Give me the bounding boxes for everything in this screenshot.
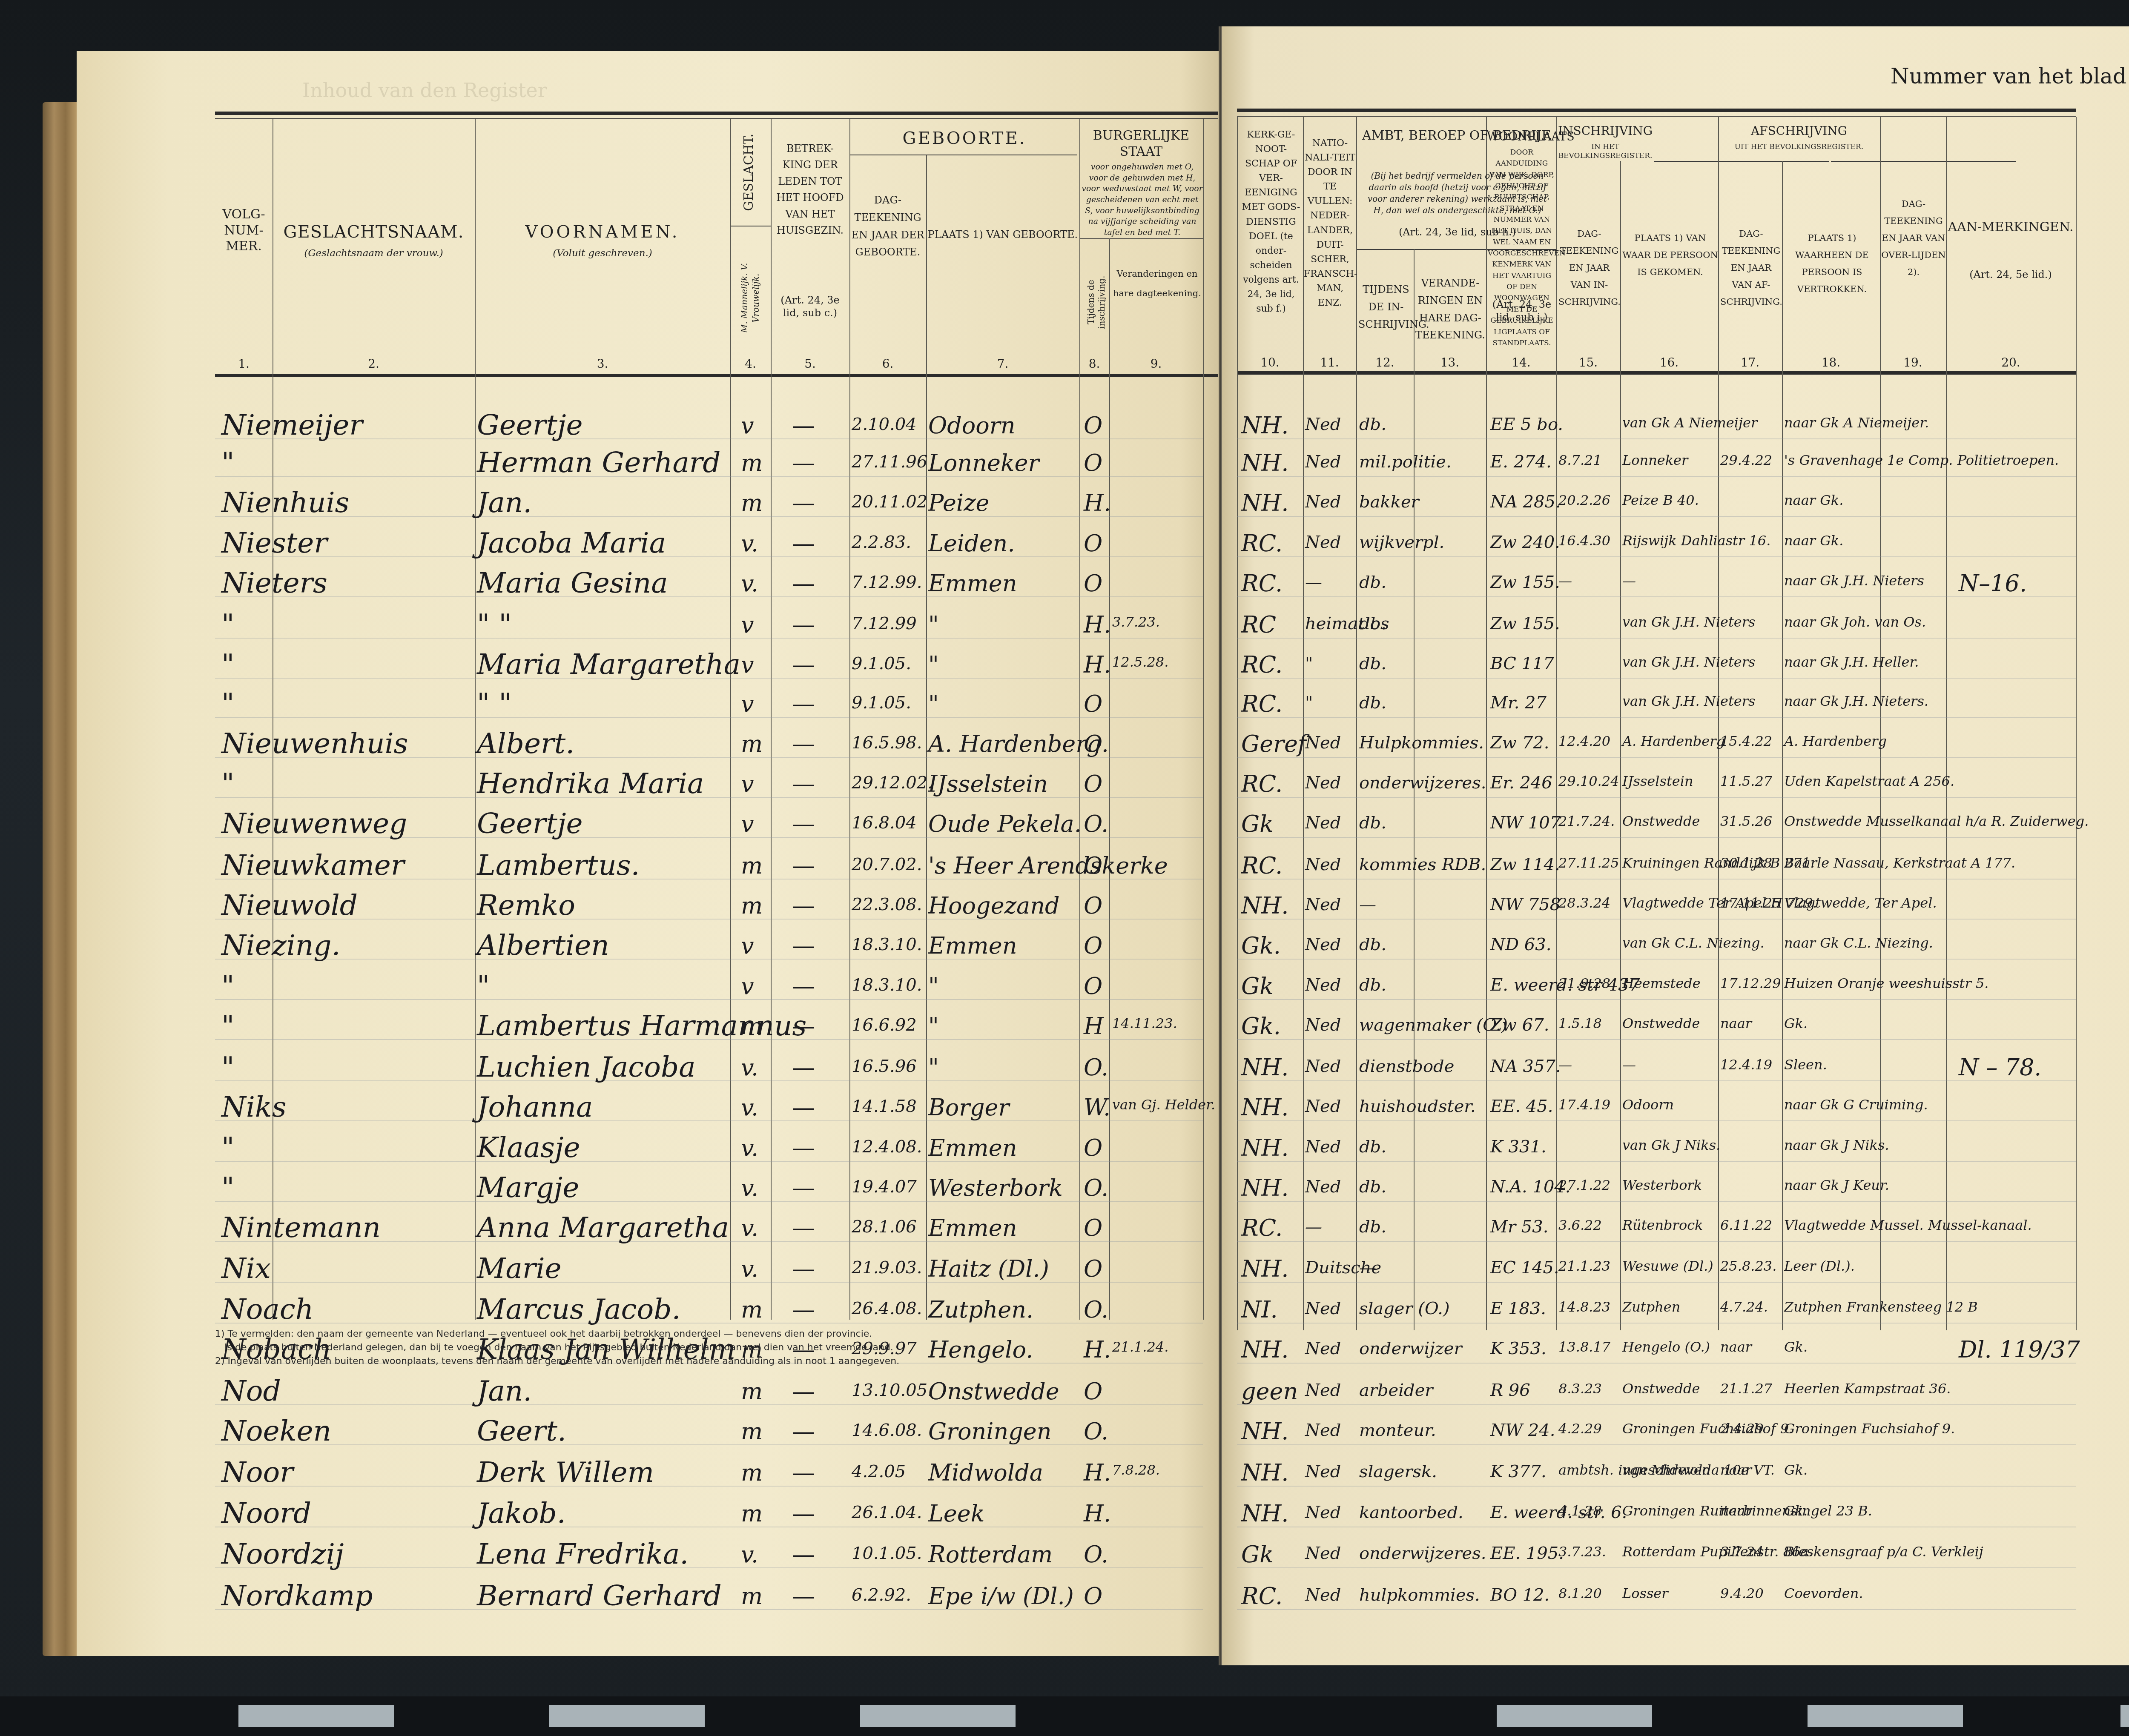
cell-sex: v [741, 651, 754, 678]
cell-nat: Ned [1305, 855, 1341, 874]
header-afschrijving: AFSCHRIJVING [1718, 123, 1880, 138]
cell-rel: — [792, 1134, 815, 1161]
header-tijdens-inschrijving: Tijdens de inschrijving. [1086, 255, 1107, 349]
cell-from: Heemstede [1622, 975, 1701, 991]
cell-sex: v [741, 611, 754, 638]
cell-nat: " [1305, 693, 1313, 713]
cell-address: Zw 72. [1490, 733, 1549, 753]
colnum-20: 20. [1946, 355, 2076, 370]
header-kerkgenootschap: KERK-GE-NOOT-SCHAP OF VER-EENIGING MET G… [1239, 128, 1303, 316]
cell-address: BC 117 [1490, 654, 1554, 673]
cell-pob: Onstwedde [928, 1378, 1059, 1405]
cell-civ-change: 3.7.23. [1112, 614, 1160, 630]
ruler-segment [238, 1705, 394, 1727]
row-rule [1237, 959, 2076, 960]
ruler-segment [549, 1705, 705, 1727]
cell-remarks: N – 78. [1959, 1054, 2041, 1081]
row-rule [1237, 1609, 2076, 1610]
cell-rel: — [792, 690, 815, 717]
cell-surname: Nienhuis [221, 486, 349, 519]
cell-rel: — [792, 771, 815, 797]
row-rule [1237, 516, 2076, 517]
cell-rel: — [792, 412, 815, 439]
cell-in-date: 12.4.20 [1558, 733, 1610, 749]
cell-church: RC. [1241, 1583, 1283, 1610]
cell-surname: Niester [221, 527, 327, 559]
cell-out-date: 17.11.25 [1720, 895, 1781, 911]
cell-to: 's Gravenhage 1e Comp. Politietroepen. [1784, 452, 2059, 468]
cell-pob: Emmen [928, 1134, 1017, 1161]
header-veranderingen-dagteekening: VERANDE-RINGEN EN HARE DAG-TEEKENING. [1415, 275, 1486, 344]
cell-civ-change: 14.11.23. [1112, 1015, 1177, 1031]
cell-church: NH. [1241, 412, 1289, 439]
cell-address: NW 107 [1490, 813, 1561, 833]
cell-nat: Ned [1305, 1462, 1341, 1481]
cell-nat: Ned [1305, 1544, 1341, 1563]
cell-from: Odoorn [1622, 1097, 1674, 1113]
cell-dob: 26.1.04. [852, 1503, 922, 1522]
cell-given: Herman Gerhard [477, 446, 721, 479]
cell-surname: Noordzij [221, 1538, 344, 1570]
cell-address: Zw 155. [1490, 573, 1560, 592]
cell-given: Albert. [477, 727, 574, 760]
cell-pob: Haitz (Dl.) [928, 1255, 1049, 1282]
cell-rel: — [792, 932, 815, 959]
colnum-15: 15. [1556, 355, 1620, 370]
row-rule [215, 596, 1203, 597]
cell-sex: v [741, 973, 754, 1000]
cell-nat: Ned [1305, 1097, 1341, 1116]
cell-pob: Leiden. [928, 530, 1015, 557]
cell-dob: 20.11.02 [852, 492, 927, 512]
cell-from: van Gk A Niemeijer [1622, 415, 1757, 431]
cell-civ: H. [1084, 651, 1111, 678]
cell-given: Geertje [477, 807, 582, 840]
col-line-18 [1782, 161, 1783, 1330]
cell-occ: Hulpkommies. [1359, 733, 1484, 753]
cell-remarks: N–16. [1959, 570, 2027, 597]
cell-address: R 96 [1490, 1381, 1530, 1400]
cell-civ: H. [1084, 490, 1111, 516]
cell-civ: O [1084, 771, 1102, 797]
ruler-segment [1497, 1705, 1652, 1727]
cell-to: naar Gk Joh. van Os. [1784, 614, 1926, 630]
row-rule [215, 438, 1203, 439]
cell-given: Marcus Jacob. [477, 1293, 681, 1326]
cell-given: " " [477, 608, 512, 641]
row-rule [1237, 1323, 2076, 1323]
colnum-9: 9. [1109, 357, 1203, 371]
row-rule [215, 797, 1203, 798]
cell-given: Geert. [477, 1415, 566, 1447]
cell-from: Onstwedde [1622, 1015, 1700, 1031]
cell-pob: " [928, 1054, 939, 1081]
cell-from: Onstwedde [1622, 1381, 1700, 1397]
cell-surname: " [221, 767, 234, 800]
cell-in-date: 17.4.19 [1558, 1097, 1610, 1113]
cell-pob: Zutphen. [928, 1296, 1033, 1323]
cell-nat: Ned [1305, 733, 1341, 753]
row-rule [1237, 1120, 2076, 1121]
colnum-19: 19. [1880, 355, 1946, 370]
col-line-9 [1109, 238, 1110, 1320]
cell-out-date: 3.7.24. [1720, 1544, 1768, 1560]
cell-nat: Ned [1305, 452, 1341, 472]
cell-civ-change: van Gj. Helder. [1112, 1097, 1215, 1113]
col-line-2 [273, 119, 273, 1320]
cell-church: NH. [1241, 1094, 1289, 1121]
cell-civ: O [1084, 852, 1102, 879]
row-rule [1237, 1039, 2076, 1040]
cell-pob: Groningen [928, 1418, 1052, 1445]
cell-church: NI. [1241, 1296, 1278, 1323]
row-rule [1237, 638, 2076, 639]
cell-to: A. Hardenberg [1784, 733, 1887, 749]
cell-nat: Ned [1305, 1299, 1341, 1318]
cell-address: Zw 240. [1490, 533, 1560, 552]
cell-sex: m [741, 490, 763, 516]
cell-dob: 7.12.99 [852, 614, 917, 633]
cell-to: Gk. [1784, 1503, 1808, 1519]
row-rule [215, 1323, 1203, 1323]
cell-civ: O [1084, 570, 1102, 597]
cell-from: — [1622, 1057, 1636, 1073]
col-line-16 [1620, 161, 1621, 1330]
cell-nat: Ned [1305, 1421, 1341, 1440]
cell-nat: Ned [1305, 1057, 1341, 1076]
cell-nat: Ned [1305, 975, 1341, 995]
cell-sex: v. [741, 1094, 758, 1121]
cell-occ: mil.politie. [1359, 452, 1452, 472]
cell-surname: Noor [221, 1456, 293, 1489]
cell-dob: 2.2.83. [852, 533, 911, 552]
cell-rel: — [792, 1175, 815, 1201]
sheet-number-label: Nummer van het blad [1891, 64, 2126, 89]
cell-from: van Gk J.H. Nieters [1622, 614, 1756, 630]
cell-surname: Noach [221, 1293, 313, 1326]
geslacht-subrule [730, 226, 771, 226]
cell-from: Wesuwe (Dl.) [1622, 1258, 1713, 1274]
header-plaats-geboorte: PLAATS 1) VAN GEBOORTE. [926, 226, 1079, 244]
cell-to: Bleskensgraaf p/a C. Verkleij [1784, 1544, 1983, 1560]
cell-church: Gk [1241, 811, 1274, 837]
cell-nat: Ned [1305, 1503, 1341, 1522]
cell-given: " [477, 969, 490, 1002]
cell-church: RC. [1241, 1215, 1283, 1241]
cell-civ: H [1084, 1013, 1104, 1040]
header-afschrijving-sub: UIT HET BEVOLKINGSREGISTER. [1718, 143, 1880, 152]
cell-address: EC 145. [1490, 1258, 1559, 1278]
cell-occ: — [1359, 895, 1376, 914]
cell-sex: m [741, 1583, 763, 1610]
cell-surname: " [221, 687, 234, 720]
colnum-17: 17. [1718, 355, 1782, 370]
colnum-12: 12. [1356, 355, 1414, 370]
cell-occ: db. [1359, 654, 1386, 673]
cell-to: Gk. [1784, 1015, 1808, 1031]
cell-occ: onderwijzeres. [1359, 773, 1486, 793]
cell-to: Uden Kapelstraat A 256. [1784, 773, 1954, 789]
cell-nat: Ned [1305, 1585, 1341, 1605]
cell-civ: H. [1084, 1336, 1111, 1363]
cell-to: Leer (Dl.). [1784, 1258, 1855, 1274]
header-overlijden: DAG-TEEKENING EN JAAR VAN OVER-LIJDEN 2)… [1881, 196, 1946, 281]
cell-dob: 7.12.99. [852, 573, 922, 592]
cell-occ: monteur. [1359, 1421, 1436, 1440]
cell-in-date: 3.6.22 [1558, 1217, 1602, 1233]
row-rule [215, 1161, 1203, 1162]
cell-in-date: 8.1.20 [1558, 1585, 1602, 1601]
header-plaats-van-waar: PLAATS 1) VAN WAAR DE PERSOON IS GEKOMEN… [1622, 230, 1718, 281]
col-line-6 [849, 119, 850, 1320]
cell-civ: O. [1084, 1296, 1108, 1323]
cell-address: Zw 67. [1490, 1015, 1549, 1035]
cell-surname: " [221, 969, 234, 1002]
cell-church: NH. [1241, 1134, 1289, 1161]
cell-dob: 6.2.92. [852, 1585, 911, 1605]
header-bottom-rule-left [215, 374, 1218, 377]
cell-surname: Nieuwenweg [221, 807, 407, 840]
cell-address: NA 285. [1490, 492, 1561, 512]
cell-occ: bakker [1359, 492, 1419, 512]
cell-civ: O [1084, 1378, 1102, 1405]
cell-civ: O [1084, 690, 1102, 717]
cell-given: Remko [477, 889, 575, 922]
cell-pob: Hoogezand [928, 892, 1060, 919]
cell-sex: v. [741, 1215, 758, 1241]
cell-civ: W. [1084, 1094, 1110, 1121]
row-rule [1237, 1201, 2076, 1202]
cell-dob: 27.11.96 [852, 452, 927, 472]
cell-church: NH. [1241, 1255, 1289, 1282]
cell-to: Zutphen Frankensteeg 12 B [1784, 1299, 1978, 1315]
cell-pob: Leek [928, 1500, 985, 1527]
cell-in-date: 27.1.22 [1558, 1177, 1610, 1193]
cell-rel: — [792, 1459, 815, 1486]
cell-surname: Nordkamp [221, 1579, 373, 1612]
cell-dob: 29.12.02. [852, 773, 933, 793]
colnum-18: 18. [1782, 355, 1880, 370]
cell-to: naar Gk. [1784, 533, 1843, 549]
cell-to: Groningen Fuchsiahof 9. [1784, 1421, 1955, 1437]
cell-to: Gk. [1784, 1462, 1808, 1478]
cell-pob: " [928, 651, 939, 678]
cell-from: Rijswijk Dahliastr 16. [1622, 533, 1770, 549]
cell-address: Er. 246 [1490, 773, 1552, 793]
cell-pob: Odoorn [928, 412, 1015, 439]
cell-sex: v. [741, 1134, 758, 1161]
cell-from: Lonneker [1622, 452, 1688, 468]
cell-to: Gk. [1784, 1339, 1808, 1355]
cell-given: Maria Margaretha [477, 648, 740, 681]
cell-rel: — [792, 1500, 815, 1527]
cell-church: NH. [1241, 892, 1289, 919]
cell-out-date: 12.4.19 [1720, 1057, 1772, 1073]
cell-rel: — [792, 1296, 815, 1323]
row-rule [1237, 596, 2076, 597]
cell-from: Groningen Fuchsiahof 9. [1622, 1421, 1793, 1437]
footnote-2: 2) Ingeval van overlijden buiten de woon… [215, 1355, 947, 1368]
row-rule [1237, 879, 2076, 879]
row-rule [1237, 1080, 2076, 1081]
cell-church: RC. [1241, 771, 1283, 797]
cell-rel: — [792, 1215, 815, 1241]
row-rule [1237, 837, 2076, 838]
cell-given: Lena Fredrika. [477, 1538, 689, 1570]
cell-to: naar Gk G Cruiming. [1784, 1097, 1928, 1113]
cell-dob: 22.3.08. [852, 895, 922, 914]
cell-civ: O [1084, 1255, 1102, 1282]
row-rule [1237, 1161, 2076, 1162]
cell-given: Geertje [477, 409, 582, 441]
cell-church: NH. [1241, 1175, 1289, 1201]
cell-from: van Gk J Niks. [1622, 1137, 1720, 1153]
cell-pob: Westerbork [928, 1175, 1063, 1201]
row-rule [215, 999, 1203, 1000]
cell-pob: IJsselstein [928, 771, 1048, 797]
cell-pob: Rotterdam [928, 1541, 1053, 1568]
header-geslacht-sub: M. Mannelijk. V. Vrouwelijk. [739, 238, 762, 358]
cell-occ: db. [1359, 975, 1386, 995]
cell-in-date: 8.3.23 [1558, 1381, 1602, 1397]
cell-rel: — [792, 1583, 815, 1610]
cell-out-date: naar [1720, 1503, 1752, 1519]
header-geslachtsnaam: GESLACHTSNAAM. [273, 221, 475, 243]
cell-dob: 16.5.98. [852, 733, 922, 753]
cell-in-date: 21.9.28 [1558, 975, 1610, 991]
row-rule [215, 1444, 1203, 1445]
col-line-12 [1356, 117, 1357, 1330]
cell-given: Klaasje [477, 1131, 580, 1164]
cell-occ: — [1359, 1258, 1376, 1278]
afschrijving-subrule [1831, 161, 2016, 162]
header-geslacht: GESLACHT. [741, 128, 757, 217]
burgerlijke-staat-subrule [1079, 238, 1203, 239]
cell-nat: Ned [1305, 1339, 1341, 1358]
cell-from: van Gk C.L. Niezing. [1622, 935, 1765, 951]
cell-address: Zw 114. [1490, 855, 1560, 874]
header-veranderingen: Veranderingen en hare dagteekening. [1111, 264, 1203, 303]
cell-in-date: 27.11.25 [1558, 855, 1619, 871]
cell-civ: O. [1084, 1541, 1108, 1568]
cell-surname: Nieuwenhuis [221, 727, 408, 760]
cell-surname: " [221, 1051, 234, 1083]
header-aanmerkingen: AAN-MERKINGEN. [1947, 217, 2074, 238]
cell-sex: m [741, 1459, 763, 1486]
cell-occ: kantoorbed. [1359, 1503, 1463, 1522]
row-rule [215, 516, 1203, 517]
cell-in-date: 13.8.17 [1558, 1339, 1610, 1355]
cell-sex: m [741, 1500, 763, 1527]
cell-sex: m [741, 730, 763, 757]
cell-dob: 16.6.92 [852, 1015, 917, 1035]
header-top-thin-right [1237, 116, 2076, 117]
colnum-5: 5. [771, 357, 849, 371]
cell-nat: Ned [1305, 533, 1341, 552]
book-spine [1219, 26, 1222, 1665]
cell-to: naar Gk. [1784, 492, 1843, 508]
cell-pob: Emmen [928, 1215, 1017, 1241]
left-page-stack [43, 102, 81, 1656]
cell-church: NH. [1241, 1054, 1289, 1081]
cell-from: Rütenbrock [1622, 1217, 1703, 1233]
cell-occ: kommies RDB. [1359, 855, 1486, 874]
row-rule [1237, 1282, 2076, 1283]
footnote-1-cont: Is de plaats buiten Nederland gelegen, d… [215, 1341, 947, 1355]
cell-surname: Niks [221, 1091, 287, 1123]
cell-surname: " [221, 446, 234, 479]
col-line-5 [771, 119, 772, 1320]
cell-surname: Niezing. [221, 929, 341, 962]
cell-civ: O [1084, 1134, 1102, 1161]
header-betrekking-sub: (Art. 24, 3e lid, sub c.) [773, 294, 847, 319]
geboorte-subrule [849, 155, 1077, 155]
cell-from: — [1622, 573, 1636, 589]
cell-out-date: naar [1720, 1339, 1752, 1355]
cell-civ: O [1084, 932, 1102, 959]
cell-to: naar Gk J Niks. [1784, 1137, 1889, 1153]
cell-out-date: 15.4.22 [1720, 733, 1772, 749]
colnum-4: 4. [730, 357, 771, 371]
cell-church: Gk [1241, 1541, 1274, 1568]
cell-rel: — [792, 570, 815, 597]
cell-to: Huizen Oranje weeshuisstr 5. [1784, 975, 1988, 991]
cell-pob: Lonneker [928, 450, 1039, 476]
row-rule [1237, 438, 2076, 439]
cell-given: Marie [477, 1252, 562, 1285]
cell-nat: Ned [1305, 415, 1341, 434]
cell-sex: v [741, 690, 754, 717]
cell-sex: m [741, 1418, 763, 1445]
cell-out-date: 29.4.22 [1720, 452, 1772, 468]
inschrijving-subrule [1654, 161, 1829, 162]
cell-sex: v. [741, 1175, 758, 1201]
row-rule [215, 638, 1203, 639]
cell-surname: Noeken [221, 1415, 331, 1447]
cell-in-date: — [1558, 1057, 1572, 1073]
row-rule [1237, 1363, 2076, 1364]
cell-surname: Niemeijer [221, 409, 363, 441]
row-rule [215, 1486, 1203, 1487]
header-woonplaats-art: (Art. 24, 3e lid, sub i.) [1488, 298, 1556, 324]
cell-address: EE. 45. [1490, 1097, 1553, 1116]
cell-from: Losser [1622, 1585, 1668, 1601]
row-rule [1237, 1404, 2076, 1405]
cell-civ: H. [1084, 1500, 1111, 1527]
colnum-8: 8. [1079, 357, 1109, 371]
cell-to: Heerlen Kampstraat 36. [1784, 1381, 1951, 1397]
cell-church: NH. [1241, 1336, 1289, 1363]
cell-given: Derk Willem [477, 1456, 654, 1489]
cell-sex: v. [741, 1054, 758, 1081]
cell-to: Vlagtwedde Mussel. Mussel-kanaal. [1784, 1217, 2032, 1233]
cell-rel: — [792, 611, 815, 638]
cell-in-date: — [1558, 573, 1572, 589]
cell-to: naar Gk C.L. Niezing. [1784, 935, 1933, 951]
cell-address: E. 274. [1490, 452, 1552, 472]
footnote-1: 1) Te vermelden: den naam der gemeente v… [215, 1327, 947, 1341]
cell-in-date: 4.1.28 [1558, 1503, 1602, 1519]
cell-given: Jan. [477, 1375, 532, 1407]
cell-civ-change: 12.5.28. [1112, 654, 1168, 670]
cell-surname: Nieters [221, 567, 327, 599]
cell-church: RC. [1241, 651, 1283, 678]
cell-to: Vlagtwedde, Ter Apel. [1784, 895, 1937, 911]
header-woonplaats: WOONPLAATS [1487, 130, 1556, 144]
cell-nat: Ned [1305, 935, 1341, 954]
cell-occ: db. [1359, 1137, 1386, 1157]
cell-pob: " [928, 690, 939, 717]
